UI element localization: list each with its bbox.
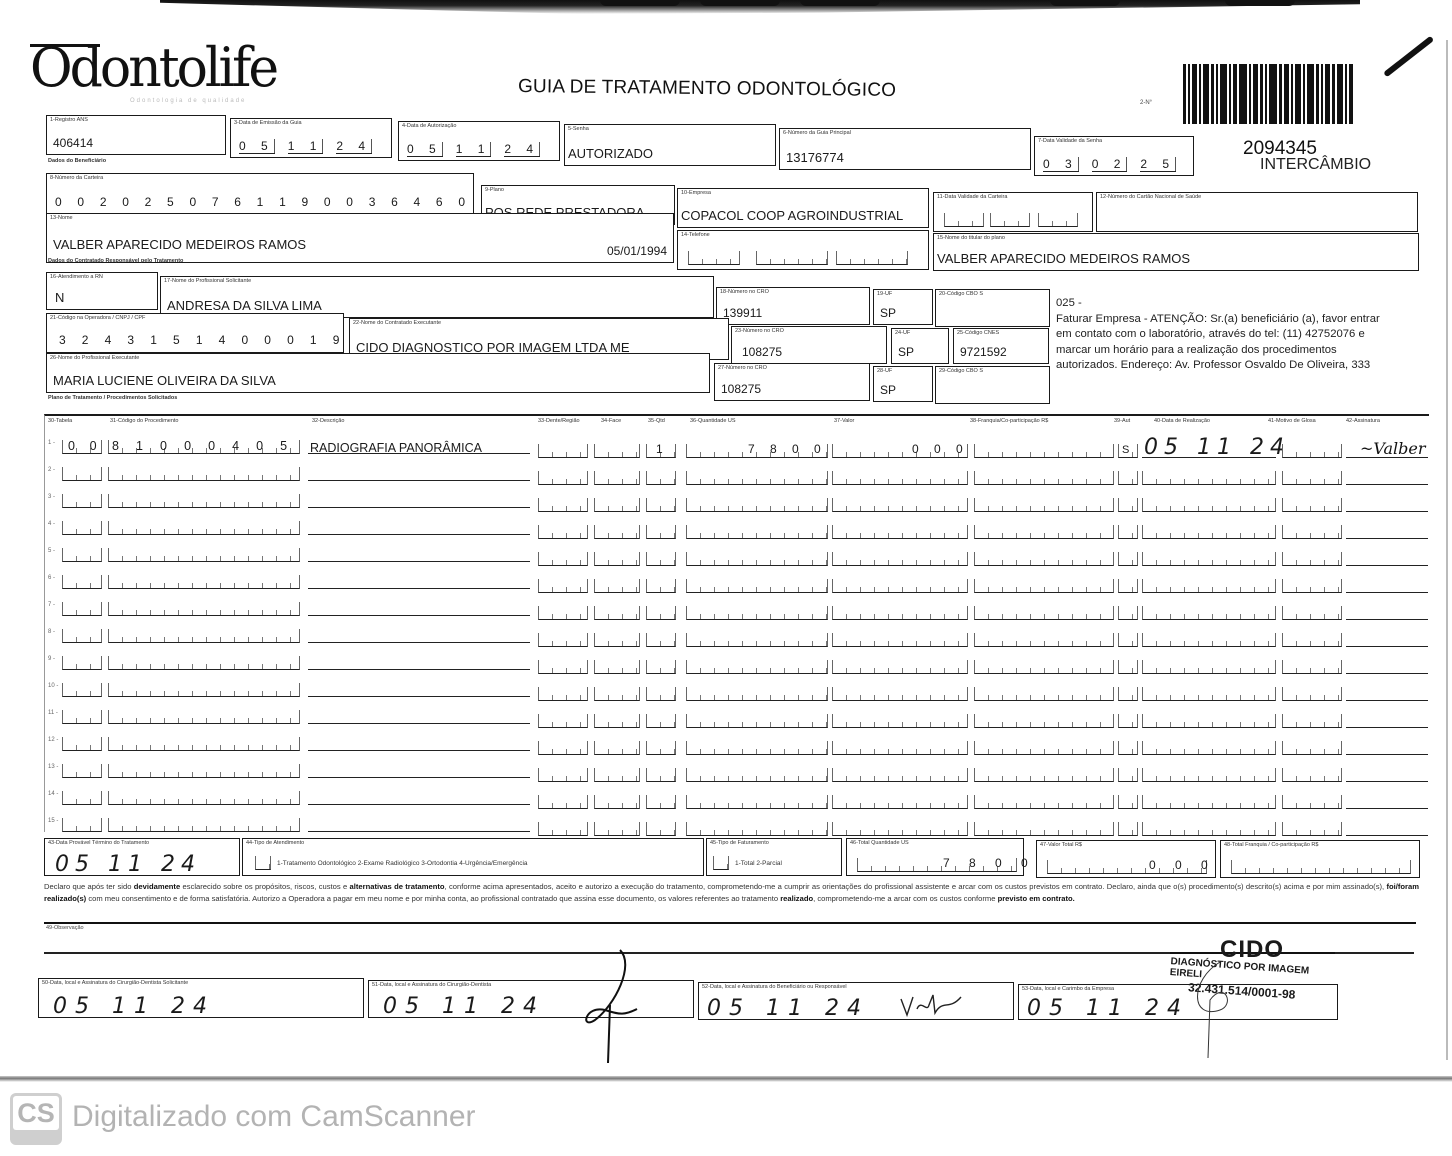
- qtd-input[interactable]: [646, 795, 676, 809]
- qtd-input[interactable]: [646, 714, 676, 728]
- procedure-row[interactable]: 9 -: [46, 648, 1431, 674]
- col-dente: 33-Dente/Região: [538, 418, 580, 424]
- barcode: [1183, 64, 1373, 124]
- procedure-row[interactable]: 5 -: [46, 540, 1431, 566]
- assinatura-input[interactable]: [1346, 525, 1428, 539]
- descricao-input[interactable]: [308, 575, 530, 589]
- col-assinatura: 42-Assinatura: [1346, 418, 1380, 424]
- franquia-input[interactable]: [974, 606, 1114, 620]
- procedure-row[interactable]: 3 -: [46, 486, 1431, 512]
- col-data-realizacao: 40-Data de Realização: [1154, 418, 1210, 424]
- descricao-input[interactable]: [308, 656, 530, 670]
- note-text: Faturar Empresa - ATENÇÃO: Sr.(a) benefi…: [1056, 312, 1386, 374]
- camscanner-watermark: Digitalizado com CamScanner: [72, 1100, 476, 1134]
- cbo-executante-field[interactable]: 29-Código CBO S: [935, 366, 1050, 404]
- motivo-glosa-input[interactable]: [1282, 822, 1342, 836]
- valor-input[interactable]: [832, 741, 968, 755]
- telefone-field[interactable]: 14-Telefone: [677, 230, 929, 270]
- descricao-input[interactable]: [308, 683, 530, 697]
- valor-input[interactable]: [832, 660, 968, 674]
- motivo-glosa-input[interactable]: [1282, 660, 1342, 674]
- motivo-glosa-input[interactable]: [1282, 795, 1342, 809]
- cro-contratado-field[interactable]: 23-Número no CRO 108275: [731, 326, 887, 364]
- dente-input[interactable]: [538, 633, 588, 647]
- tabela-input[interactable]: [62, 818, 102, 832]
- qtd-input[interactable]: [646, 822, 676, 836]
- face-input[interactable]: [594, 471, 640, 485]
- tabela-input[interactable]: [62, 629, 102, 643]
- valor-input[interactable]: [832, 714, 968, 728]
- face-input[interactable]: [594, 633, 640, 647]
- section-beneficiario: Dados do Beneficiário: [48, 158, 106, 164]
- descricao-input[interactable]: [308, 494, 530, 508]
- qtd-us-input[interactable]: [686, 633, 828, 647]
- qtd-us-input[interactable]: [686, 687, 828, 701]
- motivo-glosa-input[interactable]: [1282, 471, 1342, 485]
- assinatura-input[interactable]: [1346, 714, 1428, 728]
- dente-input[interactable]: [538, 579, 588, 593]
- assinatura-input[interactable]: [1346, 687, 1428, 701]
- codigo-input[interactable]: [108, 656, 300, 670]
- codigo-input[interactable]: [108, 602, 300, 616]
- senha-field[interactable]: 5-Senha AUTORIZADO: [564, 124, 776, 166]
- franquia-input[interactable]: [974, 498, 1114, 512]
- descricao-input[interactable]: [308, 764, 530, 778]
- qtd-input[interactable]: [646, 606, 676, 620]
- data-realizacao-input[interactable]: [1142, 606, 1276, 620]
- procedure-row[interactable]: 2 -: [46, 459, 1431, 485]
- uf-solicitante-field[interactable]: 19-UF SP: [873, 289, 933, 325]
- tabela-input[interactable]: [62, 548, 102, 562]
- qtd-us-input[interactable]: [686, 741, 828, 755]
- face-input[interactable]: [594, 606, 640, 620]
- data-autorizacao-field[interactable]: 4-Data de Autorização 0 5 1 1 2 4: [398, 121, 560, 161]
- tabela-input[interactable]: [62, 683, 102, 697]
- qtd-input[interactable]: [646, 471, 676, 485]
- section-contratado: Dados do Contratado Responsável pelo Tra…: [48, 258, 183, 264]
- franquia-input[interactable]: [974, 471, 1114, 485]
- descricao-input[interactable]: [308, 602, 530, 616]
- face-input[interactable]: [594, 444, 640, 458]
- procedure-row[interactable]: 12 -: [46, 729, 1431, 755]
- valor-input[interactable]: [832, 525, 968, 539]
- col-franquia: 38-Franquia/Co-participação R$: [970, 418, 1048, 424]
- tabela-input[interactable]: [62, 737, 102, 751]
- cro-solicitante-field[interactable]: 18-Número no CRO 139911: [716, 287, 870, 325]
- codigo-input[interactable]: [108, 764, 300, 778]
- data-realizacao-input[interactable]: [1142, 741, 1276, 755]
- data-realizacao-input[interactable]: [1142, 579, 1276, 593]
- tabela-input[interactable]: [62, 575, 102, 589]
- scan-tab: [1050, 0, 1120, 6]
- aut-input[interactable]: [1118, 552, 1138, 566]
- col-qtd: 35-Qtd: [648, 418, 665, 424]
- franquia-input[interactable]: [974, 795, 1114, 809]
- face-input[interactable]: [594, 795, 640, 809]
- empresa-field[interactable]: 10-Empresa COPACOL COOP AGROINDUSTRIAL: [677, 188, 929, 228]
- face-input[interactable]: [594, 525, 640, 539]
- procedure-row[interactable]: 1 - 0 0 8 1 0 0 0 4 0 5 RADIOGRAFIA PANO…: [46, 432, 1431, 458]
- motivo-glosa-input[interactable]: [1282, 498, 1342, 512]
- tabela-input[interactable]: [62, 656, 102, 670]
- signature-beneficiario[interactable]: 52-Data, local e Assinatura do Beneficiá…: [698, 982, 1014, 1020]
- data-realizacao-input[interactable]: [1142, 822, 1276, 836]
- codigo-input[interactable]: [108, 710, 300, 724]
- codigo-input[interactable]: [108, 548, 300, 562]
- dente-input[interactable]: [538, 471, 588, 485]
- form-title: GUIA DE TRATAMENTO ODONTOLÓGICO: [518, 76, 896, 102]
- codigo-input[interactable]: [108, 818, 300, 832]
- titular-field[interactable]: 15-Nome do titular do plano VALBER APARE…: [933, 233, 1419, 271]
- procedure-row[interactable]: 7 -: [46, 594, 1431, 620]
- data-realizacao-input[interactable]: [1142, 714, 1276, 728]
- dente-input[interactable]: [538, 606, 588, 620]
- dente-input[interactable]: [538, 498, 588, 512]
- face-input[interactable]: [594, 579, 640, 593]
- assinatura-input[interactable]: [1346, 741, 1428, 755]
- dente-input[interactable]: [538, 714, 588, 728]
- qtd-us-input[interactable]: [686, 552, 828, 566]
- codigo-input[interactable]: [108, 683, 300, 697]
- total-us-field[interactable]: 46-Total Quantidade US 7 8 0 0: [846, 838, 1024, 876]
- valor-total-field[interactable]: 47-Valor Total R$ 0 0 0: [1036, 840, 1216, 878]
- procedure-row[interactable]: 10 -: [46, 675, 1431, 701]
- valor-input[interactable]: [832, 795, 968, 809]
- declaration-text: Declaro que após ter sido devidamente es…: [44, 881, 1419, 904]
- assinatura-input[interactable]: [1346, 498, 1428, 512]
- procedure-row[interactable]: 14 -: [46, 783, 1431, 809]
- data-emissao-field[interactable]: 3-Data de Emissão da Guia 0 5 1 1 2 4: [230, 118, 392, 158]
- codigo-input[interactable]: [108, 629, 300, 643]
- tipo-atendimento-checkbox[interactable]: [255, 856, 271, 870]
- beneficiary-signature-scribble: [899, 989, 969, 1019]
- motivo-glosa-input[interactable]: [1282, 444, 1342, 458]
- dente-input[interactable]: [538, 660, 588, 674]
- qtd-us-input[interactable]: [686, 714, 828, 728]
- profissional-executante-field[interactable]: 26-Nome do Profissional Executante MARIA…: [46, 353, 710, 393]
- qtd-us-input[interactable]: [686, 471, 828, 485]
- data-realizacao-input[interactable]: [1142, 768, 1276, 782]
- data-realizacao-input[interactable]: [1142, 552, 1276, 566]
- assinatura-input[interactable]: [1346, 471, 1428, 485]
- aut-input[interactable]: [1118, 633, 1138, 647]
- tipo-faturamento-field[interactable]: 45-Tipo de Faturamento 1-Total 2-Parcial: [706, 838, 842, 876]
- data-realizacao-input[interactable]: [1142, 633, 1276, 647]
- uf-contratado-field[interactable]: 24-UF SP: [891, 328, 949, 364]
- face-input[interactable]: [594, 498, 640, 512]
- valor-input[interactable]: [832, 498, 968, 512]
- franquia-input[interactable]: [974, 741, 1114, 755]
- col-tabela: 30-Tabela: [48, 418, 72, 424]
- signature-dentista[interactable]: 51-Data, local e Assinatura do Cirurgião…: [368, 980, 694, 1018]
- aut-input[interactable]: [1118, 498, 1138, 512]
- valor-input[interactable]: [832, 606, 968, 620]
- qtd-us-input[interactable]: [686, 525, 828, 539]
- codigo-input[interactable]: [108, 575, 300, 589]
- aut-input[interactable]: [1118, 606, 1138, 620]
- dente-input[interactable]: [538, 687, 588, 701]
- codigo-input[interactable]: [108, 494, 300, 508]
- qtd-us-input[interactable]: [686, 822, 828, 836]
- qtd-input[interactable]: [646, 579, 676, 593]
- dente-input[interactable]: [538, 795, 588, 809]
- franquia-input[interactable]: [974, 768, 1114, 782]
- procedure-row[interactable]: 13 -: [46, 756, 1431, 782]
- descricao-input[interactable]: [308, 629, 530, 643]
- dente-input[interactable]: [538, 768, 588, 782]
- qtd-input[interactable]: [646, 687, 676, 701]
- scan-edge-right: [1446, 40, 1448, 1060]
- tabela-input[interactable]: [62, 494, 102, 508]
- motivo-glosa-input[interactable]: [1282, 579, 1342, 593]
- tabela-input[interactable]: [62, 791, 102, 805]
- dentist-signature-scribble: [575, 945, 645, 1065]
- descricao-input[interactable]: [308, 467, 530, 481]
- data-realizacao-input[interactable]: [1142, 660, 1276, 674]
- motivo-glosa-input[interactable]: [1282, 633, 1342, 647]
- assinatura-input[interactable]: [1346, 768, 1428, 782]
- assinatura-input[interactable]: [1346, 660, 1428, 674]
- qtd-input[interactable]: [646, 660, 676, 674]
- qtd-input[interactable]: [646, 498, 676, 512]
- qtd-input[interactable]: [646, 768, 676, 782]
- assinatura-input[interactable]: [1346, 633, 1428, 647]
- odontolife-logo: Odontolife: [30, 37, 276, 100]
- face-input[interactable]: [594, 687, 640, 701]
- descricao-input[interactable]: [308, 737, 530, 751]
- data-realizacao-input[interactable]: [1142, 498, 1276, 512]
- tipo-atendimento-field[interactable]: 44-Tipo de Atendimento 1-Tratamento Odon…: [242, 838, 704, 876]
- dente-input[interactable]: [538, 741, 588, 755]
- note-code: 025 -: [1056, 296, 1386, 312]
- data-realizacao-input[interactable]: [1142, 687, 1276, 701]
- scan-tab: [800, 0, 880, 6]
- aut-input[interactable]: [1118, 741, 1138, 755]
- codigo-input[interactable]: [108, 737, 300, 751]
- col-codigo: 31-Código do Procedimento: [110, 418, 179, 424]
- dente-input[interactable]: [538, 444, 588, 458]
- aut-input[interactable]: [1118, 525, 1138, 539]
- procedure-row[interactable]: 11 -: [46, 702, 1431, 728]
- tabela-input[interactable]: [62, 602, 102, 616]
- registro-ans-field[interactable]: 1-Registro ANS 406414: [46, 115, 226, 155]
- col-valor: 37-Valor: [834, 418, 854, 424]
- codigo-operadora-field[interactable]: 21-Código na Operadora / CNPJ / CPF 3 2 …: [46, 313, 344, 353]
- tabela-input[interactable]: [62, 710, 102, 724]
- procedure-row[interactable]: 6 -: [46, 567, 1431, 593]
- data-realizacao-input[interactable]: [1142, 525, 1276, 539]
- valor-input[interactable]: [832, 687, 968, 701]
- scan-tab: [700, 0, 780, 6]
- qtd-us-input[interactable]: [686, 768, 828, 782]
- qtd-us-input[interactable]: [686, 606, 828, 620]
- qtd-us-input[interactable]: [686, 660, 828, 674]
- valor-input[interactable]: [832, 579, 968, 593]
- guide-type: INTERCÂMBIO: [1260, 156, 1371, 174]
- motivo-glosa-input[interactable]: [1282, 552, 1342, 566]
- numero-carteira-field[interactable]: 8-Número da Carteira 0 0 2 0 2 5 0 7 6 1…: [46, 173, 474, 215]
- tabela-input[interactable]: [62, 467, 102, 481]
- qtd-input[interactable]: [646, 552, 676, 566]
- motivo-glosa-input[interactable]: [1282, 741, 1342, 755]
- profissional-solicitante-field[interactable]: 17-Nome do Profissional Solicitante ANDR…: [160, 276, 714, 318]
- franquia-input[interactable]: [974, 579, 1114, 593]
- motivo-glosa-input[interactable]: [1282, 606, 1342, 620]
- valor-input[interactable]: [832, 552, 968, 566]
- scan-tab: [600, 0, 680, 6]
- aut-input[interactable]: [1118, 660, 1138, 674]
- valor-input[interactable]: [832, 822, 968, 836]
- assinatura-input[interactable]: [1346, 552, 1428, 566]
- cbo-solicitante-field[interactable]: 20-Código CBO S: [935, 289, 1050, 327]
- descricao-input[interactable]: [308, 521, 530, 535]
- logo-subtitle: Odontologia de qualidade: [130, 98, 246, 104]
- guide-number-label: 2-N°: [1140, 100, 1152, 106]
- total-franquia-field[interactable]: 48-Total Franquia / Co-participação R$: [1220, 840, 1420, 878]
- stamp-signature-scribble: [1180, 960, 1240, 1060]
- face-input[interactable]: [594, 768, 640, 782]
- col-aut: 39-Aut: [1114, 418, 1130, 424]
- qtd-input[interactable]: [646, 741, 676, 755]
- assinatura-input[interactable]: [1346, 795, 1428, 809]
- franquia-input[interactable]: [974, 822, 1114, 836]
- qtd-us-input[interactable]: [686, 498, 828, 512]
- data-termino-field[interactable]: 43-Data Provável Término do Tratamento 0…: [44, 838, 240, 876]
- motivo-glosa-input[interactable]: [1282, 768, 1342, 782]
- col-motivo-glosa: 41-Motivo de Glosa: [1268, 418, 1316, 424]
- uf-executante-field[interactable]: 28-UF SP: [873, 366, 933, 402]
- scan-tab: [1225, 0, 1295, 6]
- data-realizacao-input[interactable]: [1142, 795, 1276, 809]
- franquia-input[interactable]: [974, 687, 1114, 701]
- aut-input[interactable]: [1118, 471, 1138, 485]
- camscanner-icon: CS: [10, 1093, 62, 1145]
- validade-carteira-field[interactable]: 11-Data Validade da Carteira: [933, 192, 1093, 232]
- descricao-input[interactable]: [308, 818, 530, 832]
- face-input[interactable]: [594, 714, 640, 728]
- motivo-glosa-input[interactable]: [1282, 525, 1342, 539]
- franquia-input[interactable]: [974, 525, 1114, 539]
- aut-input[interactable]: [1118, 768, 1138, 782]
- assinatura-input[interactable]: [1346, 822, 1428, 836]
- codigo-input[interactable]: [108, 791, 300, 805]
- nome-field[interactable]: 13-Nome VALBER APARECIDO MEDEIROS RAMOS …: [46, 213, 674, 263]
- franquia-input[interactable]: [974, 714, 1114, 728]
- descricao-input[interactable]: [308, 548, 530, 562]
- franquia-input[interactable]: [974, 660, 1114, 674]
- aut-input[interactable]: [1118, 714, 1138, 728]
- signature-solicitante[interactable]: 50-Data, local e Assinatura do Cirurgião…: [38, 978, 364, 1018]
- aut-input[interactable]: [1118, 795, 1138, 809]
- face-input[interactable]: [594, 822, 640, 836]
- tipo-faturamento-checkbox[interactable]: [713, 856, 729, 870]
- scan-edge-bottom: [0, 1076, 1452, 1082]
- qtd-input[interactable]: [646, 633, 676, 647]
- birth-date: 05/01/1994: [607, 244, 667, 258]
- procedure-row[interactable]: 15 -: [46, 810, 1431, 836]
- col-qtd-us: 36-Quantidade US: [690, 418, 736, 424]
- motivo-glosa-input[interactable]: [1282, 714, 1342, 728]
- qtd-input[interactable]: [646, 525, 676, 539]
- procedure-row[interactable]: 8 -: [46, 621, 1431, 647]
- face-input[interactable]: [594, 741, 640, 755]
- validade-senha-field[interactable]: 7-Data Validade da Senha 0 3 0 2 2 5: [1034, 136, 1194, 176]
- pen-mark: [1383, 36, 1434, 78]
- qtd-us-input[interactable]: [686, 579, 828, 593]
- motivo-glosa-input[interactable]: [1282, 687, 1342, 701]
- cro-executante-field[interactable]: 27-Número no CRO 108275: [714, 363, 870, 401]
- aut-input[interactable]: [1118, 822, 1138, 836]
- franquia-input[interactable]: [974, 633, 1114, 647]
- face-input[interactable]: [594, 660, 640, 674]
- atendimento-rn-field[interactable]: 16-Atendimento a RN N: [46, 272, 158, 310]
- face-input[interactable]: [594, 552, 640, 566]
- col-descricao: 32-Descrição: [312, 418, 344, 424]
- qtd-us-input[interactable]: [686, 795, 828, 809]
- tabela-input[interactable]: [62, 764, 102, 778]
- dente-input[interactable]: [538, 525, 588, 539]
- descricao-input[interactable]: [308, 710, 530, 724]
- franquia-input[interactable]: [974, 552, 1114, 566]
- section-plano-tratamento: Plano de Tratamento / Procedimentos Soli…: [48, 395, 177, 401]
- valor-input[interactable]: [832, 768, 968, 782]
- guia-principal-field[interactable]: 6-Número da Guia Principal 13176774: [779, 128, 1031, 170]
- dente-input[interactable]: [538, 552, 588, 566]
- procedure-row[interactable]: 4 -: [46, 513, 1431, 539]
- codigo-input[interactable]: [108, 467, 300, 481]
- aut-input[interactable]: [1118, 687, 1138, 701]
- cnes-field[interactable]: 25-Código CNES 9721592: [953, 328, 1049, 364]
- divider: [44, 922, 1416, 924]
- aut-input[interactable]: [1118, 579, 1138, 593]
- authorization-note: 025 - Faturar Empresa - ATENÇÃO: Sr.(a) …: [1056, 296, 1386, 374]
- col-face: 34-Face: [601, 418, 621, 424]
- data-realizacao-input[interactable]: [1142, 471, 1276, 485]
- franquia-input[interactable]: [974, 444, 1114, 458]
- assinatura-input[interactable]: [1346, 579, 1428, 593]
- descricao-input[interactable]: [308, 791, 530, 805]
- dente-input[interactable]: [538, 822, 588, 836]
- tabela-input[interactable]: [62, 521, 102, 535]
- valor-input[interactable]: [832, 633, 968, 647]
- valor-input[interactable]: [832, 471, 968, 485]
- cartao-nacional-field[interactable]: 12-Número do Cartão Nacional de Saúde: [1096, 192, 1418, 232]
- assinatura-input[interactable]: [1346, 606, 1428, 620]
- codigo-input[interactable]: [108, 521, 300, 535]
